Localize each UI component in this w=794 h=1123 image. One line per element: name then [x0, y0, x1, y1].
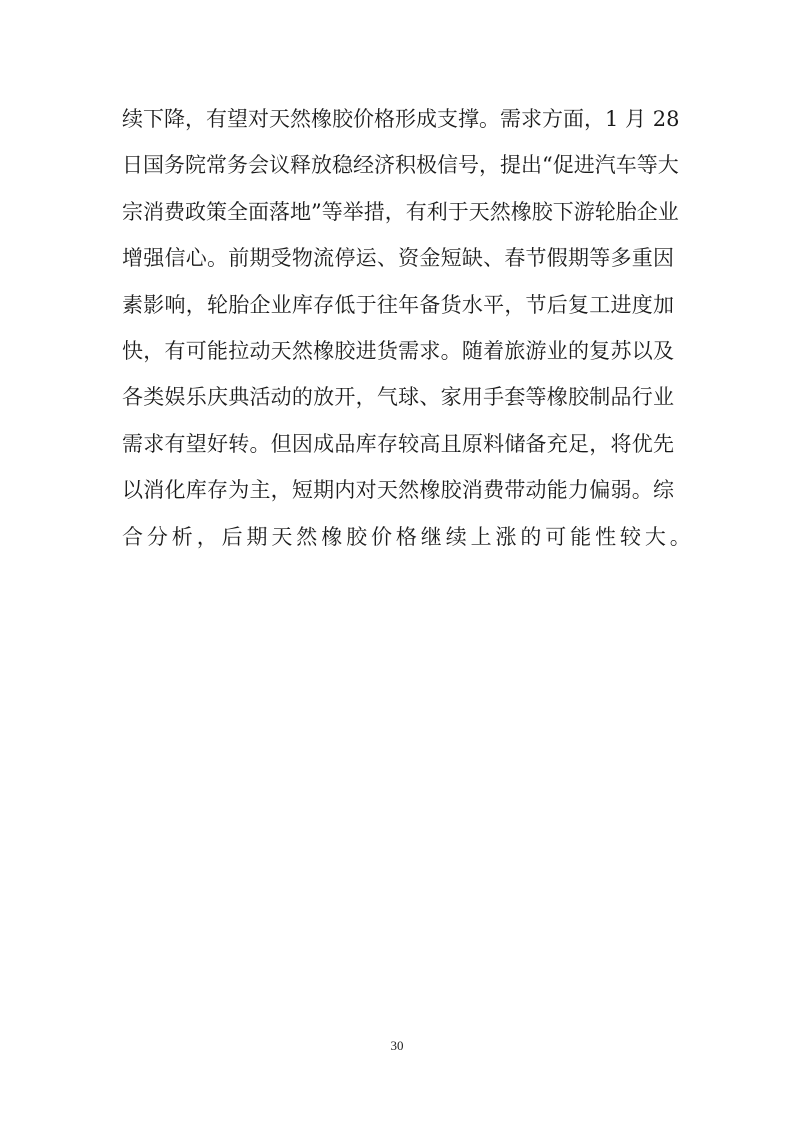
body-paragraph: 续下降，有望对天然橡胶价格形成支撑。需求方面，1 月 28 日国务院常务会议释放… [122, 96, 674, 560]
paragraph-line: 素影响，轮胎企业库存低于往年备货水平，节后复工进度加 [122, 282, 674, 328]
document-page: 续下降，有望对天然橡胶价格形成支撑。需求方面，1 月 28 日国务院常务会议释放… [0, 0, 794, 1123]
paragraph-line: 续下降，有望对天然橡胶价格形成支撑。需求方面，1 月 28 [122, 96, 674, 142]
paragraph-line: 日国务院常务会议释放稳经济积极信号，提出“促进汽车等大 [122, 142, 674, 188]
paragraph-last-line: 合分析，后期天然橡胶价格继续上涨的可能性较大。 [122, 514, 674, 560]
page-number: 30 [0, 1038, 794, 1054]
paragraph-line: 快，有可能拉动天然橡胶进货需求。随着旅游业的复苏以及 [122, 328, 674, 374]
paragraph-line: 以消化库存为主，短期内对天然橡胶消费带动能力偏弱。综 [122, 467, 674, 513]
paragraph-line: 各类娱乐庆典活动的放开，气球、家用手套等橡胶制品行业 [122, 374, 674, 420]
paragraph-line: 需求有望好转。但因成品库存较高且原料储备充足，将优先 [122, 421, 674, 467]
paragraph-line: 增强信心。前期受物流停运、资金短缺、春节假期等多重因 [122, 235, 674, 281]
paragraph-line: 宗消费政策全面落地”等举措，有利于天然橡胶下游轮胎企业 [122, 189, 674, 235]
